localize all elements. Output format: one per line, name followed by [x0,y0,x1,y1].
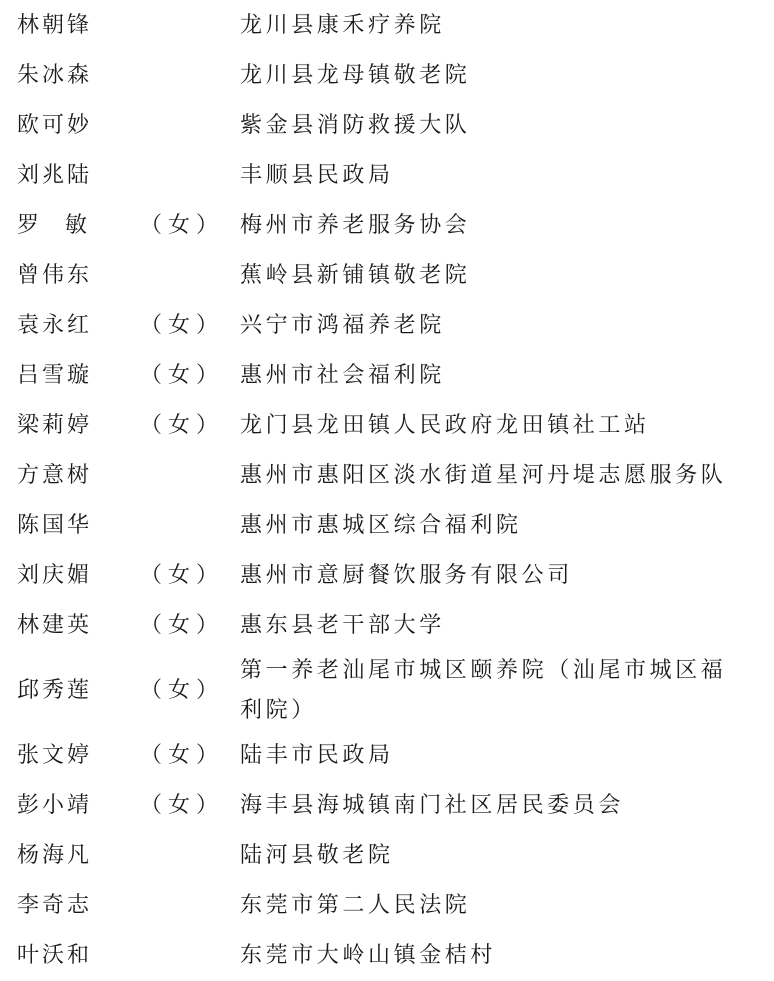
person-name: 林建英 [17,601,92,651]
person-name: 陈国华 [17,501,92,551]
organization: 紫金县消防救援大队 [240,101,740,151]
organization: 惠东县老干部大学 [240,601,740,651]
list-item: 李奇志 东莞市第二人民法院 [0,881,774,931]
list-item: 梁莉婷 （女） 龙门县龙田镇人民政府龙田镇社工站 [0,401,774,451]
list-item: 罗敏 （女） 梅州市养老服务协会 [0,201,774,251]
gender-note: （女） [140,551,224,601]
organization: 第一养老汕尾市城区颐养院（汕尾市城区福利院） [240,651,730,731]
list-item: 方意树 惠州市惠阳区淡水街道星河丹堤志愿服务队 [0,451,774,501]
organization: 海丰县海城镇南门社区居民委员会 [240,781,740,831]
person-name: 杨海凡 [17,831,92,881]
person-name: 梁莉婷 [17,401,92,451]
list-item: 杨海凡 陆河县敬老院 [0,831,774,881]
person-name: 林朝锋 [17,1,92,51]
list-item: 邱秀莲 （女） 第一养老汕尾市城区颐养院（汕尾市城区福利院） [0,651,774,731]
organization: 龙门县龙田镇人民政府龙田镇社工站 [240,401,740,451]
organization: 梅州市养老服务协会 [240,201,740,251]
list-item: 刘兆陆 丰顺县民政局 [0,151,774,201]
person-name: 方意树 [17,451,92,501]
person-name: 罗敏 [17,201,113,251]
person-name: 袁永红 [17,301,92,351]
person-name: 叶沃和 [17,931,92,981]
list-item: 林建英 （女） 惠东县老干部大学 [0,601,774,651]
gender-note: （女） [140,301,224,351]
organization: 蕉岭县新铺镇敬老院 [240,251,740,301]
gender-note: （女） [140,351,224,401]
organization: 惠州市社会福利院 [240,351,740,401]
organization: 惠州市意厨餐饮服务有限公司 [240,551,740,601]
organization: 惠州市惠阳区淡水街道星河丹堤志愿服务队 [240,451,760,501]
person-name: 邱秀莲 [17,651,92,731]
person-name: 李奇志 [17,881,92,931]
person-name: 刘兆陆 [17,151,92,201]
list-item: 袁永红 （女） 兴宁市鸿福养老院 [0,301,774,351]
organization: 东莞市大岭山镇金桔村 [240,931,740,981]
organization: 惠州市惠城区综合福利院 [240,501,740,551]
organization: 龙川县龙母镇敬老院 [240,51,740,101]
list-item: 彭小靖 （女） 海丰县海城镇南门社区居民委员会 [0,781,774,831]
gender-note: （女） [140,401,224,451]
person-name: 彭小靖 [17,781,92,831]
list-item: 朱冰森 龙川县龙母镇敬老院 [0,51,774,101]
person-name: 刘庆媚 [17,551,92,601]
organization: 龙川县康禾疗养院 [240,1,740,51]
person-name: 曾伟东 [17,251,92,301]
gender-note: （女） [140,601,224,651]
gender-note: （女） [140,731,224,781]
person-name: 吕雪璇 [17,351,92,401]
organization: 丰顺县民政局 [240,151,740,201]
organization: 陆河县敬老院 [240,831,740,881]
list-item: 林朝锋 龙川县康禾疗养院 [0,1,774,51]
list-item: 刘庆媚 （女） 惠州市意厨餐饮服务有限公司 [0,551,774,601]
honoree-list: 林朝锋 龙川县康禾疗养院 朱冰森 龙川县龙母镇敬老院 欧可妙 紫金县消防救援大队… [0,1,774,981]
gender-note: （女） [140,651,224,731]
person-name: 朱冰森 [17,51,92,101]
list-item: 曾伟东 蕉岭县新铺镇敬老院 [0,251,774,301]
list-item: 叶沃和 东莞市大岭山镇金桔村 [0,931,774,981]
person-name: 欧可妙 [17,101,92,151]
gender-note: （女） [140,201,224,251]
list-item: 陈国华 惠州市惠城区综合福利院 [0,501,774,551]
organization: 兴宁市鸿福养老院 [240,301,740,351]
list-item: 欧可妙 紫金县消防救援大队 [0,101,774,151]
organization: 东莞市第二人民法院 [240,881,740,931]
list-item: 吕雪璇 （女） 惠州市社会福利院 [0,351,774,401]
organization: 陆丰市民政局 [240,731,740,781]
list-item: 张文婷 （女） 陆丰市民政局 [0,731,774,781]
person-name: 张文婷 [17,731,92,781]
gender-note: （女） [140,781,224,831]
